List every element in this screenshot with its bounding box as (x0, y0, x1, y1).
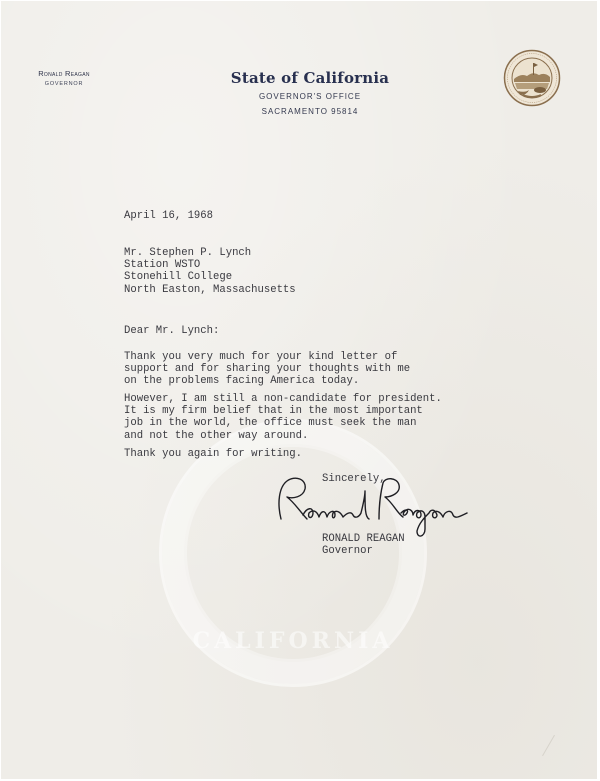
sender-name: Ronald Reagan (29, 69, 99, 78)
body-line: job in the world, the office must seek t… (124, 417, 442, 429)
watermark-text: CALIFORNIA (162, 628, 424, 654)
recipient-line: Mr. Stephen P. Lynch (124, 247, 296, 259)
signer-title: Governor (322, 545, 373, 557)
body-line: It is my firm belief that in the most im… (124, 405, 442, 417)
body-line: on the problems facing America today. (124, 375, 410, 387)
body-line: support and for sharing your thoughts wi… (124, 363, 410, 375)
letterhead-city: SACRAMENTO 95814 (201, 107, 419, 116)
letter-date: April 16, 1968 (124, 210, 213, 222)
recipient-address: Mr. Stephen P. LynchStation WSTOStonehil… (124, 247, 296, 296)
closing-thanks: Thank you again for writing. (124, 448, 302, 460)
letterhead-state: State of California (201, 69, 419, 87)
state-seal-icon (503, 49, 561, 107)
recipient-line: North Easton, Massachusetts (124, 284, 296, 296)
salutation: Dear Mr. Lynch: (124, 325, 219, 337)
sender-title: GOVERNOR (29, 81, 99, 87)
body-paragraph-1: Thank you very much for your kind letter… (124, 351, 410, 388)
recipient-line: Station WSTO (124, 259, 296, 271)
sender-block: Ronald Reagan GOVERNOR (29, 69, 99, 87)
body-paragraph-2: However, I am still a non-candidate for … (124, 393, 442, 442)
signer-name: RONALD REAGAN (322, 533, 405, 545)
body-line: and not the other way around. (124, 430, 442, 442)
body-line: However, I am still a non-candidate for … (124, 393, 442, 405)
letter-page: CALIFORNIA Ronald Reagan GOVERNOR State … (1, 1, 597, 779)
letterhead-office: GOVERNOR'S OFFICE (201, 92, 419, 101)
recipient-line: Stonehill College (124, 271, 296, 283)
body-line: Thank you very much for your kind letter… (124, 351, 410, 363)
letterhead: State of California GOVERNOR'S OFFICE SA… (201, 69, 419, 116)
paper-mark (542, 735, 581, 771)
